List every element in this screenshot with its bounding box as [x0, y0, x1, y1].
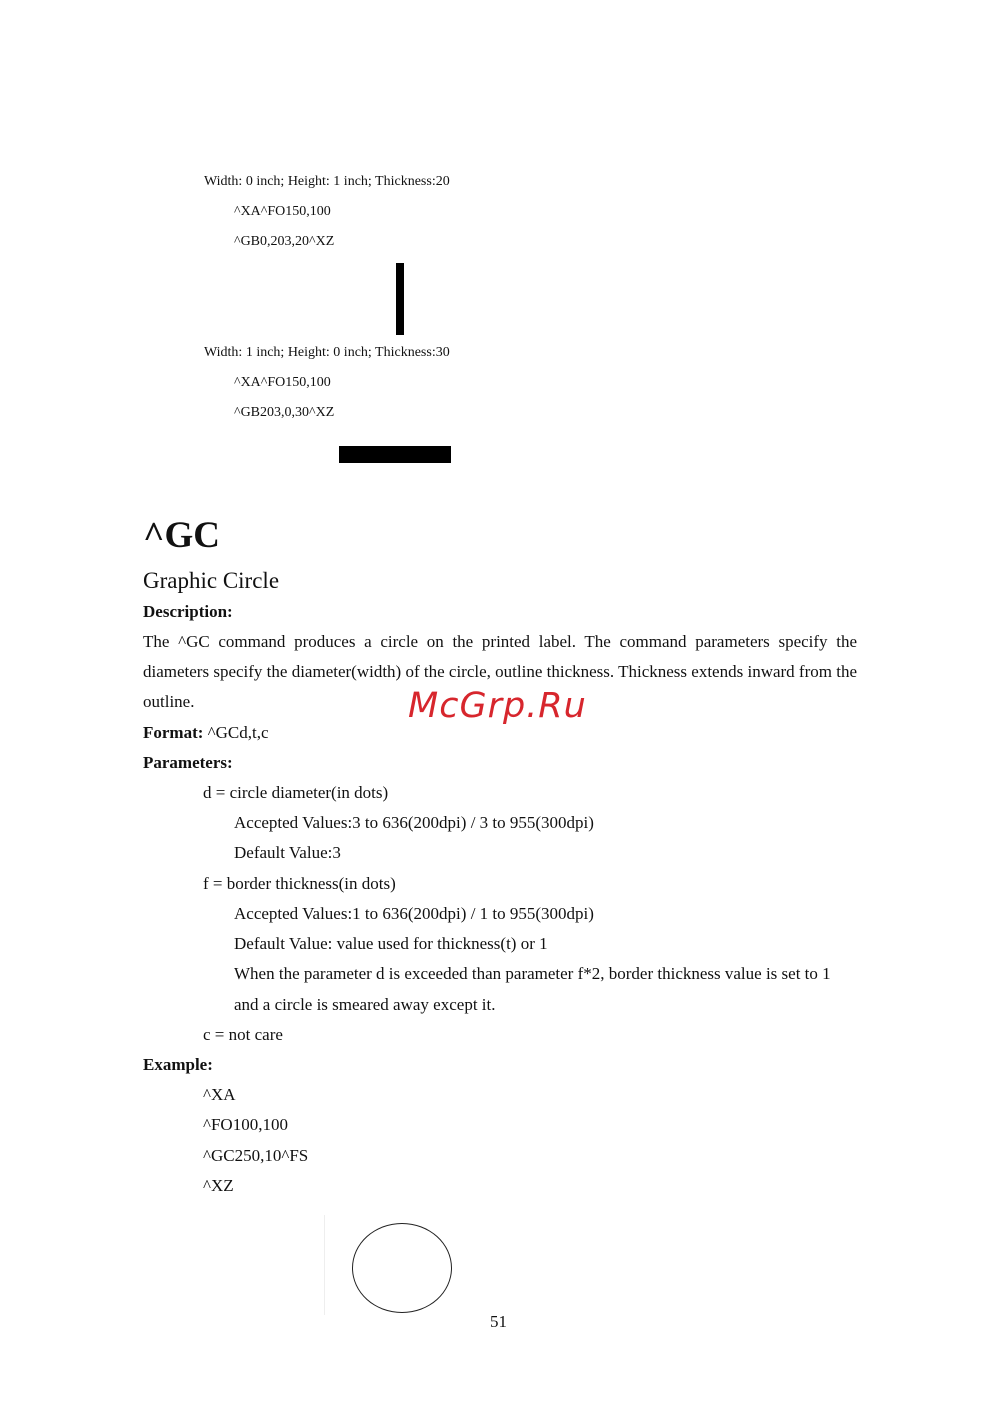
- parameter-detail: When the parameter d is exceeded than pa…: [234, 964, 831, 984]
- format-line: Format: ^GCd,t,c: [143, 723, 269, 743]
- format-label: Format:: [143, 723, 203, 742]
- command-title: Graphic Circle: [143, 568, 279, 594]
- parameter-detail: Accepted Values:3 to 636(200dpi) / 3 to …: [234, 813, 594, 833]
- code-line: ^GB203,0,30^XZ: [234, 405, 334, 421]
- parameter-detail: Accepted Values:1 to 636(200dpi) / 1 to …: [234, 904, 594, 924]
- code-line: ^XZ: [203, 1176, 234, 1196]
- code-line: ^GB0,203,20^XZ: [234, 234, 334, 250]
- page-number: 51: [490, 1312, 507, 1332]
- command-heading: ^GC: [143, 514, 220, 557]
- code-line: ^XA^FO150,100: [234, 204, 331, 220]
- horizontal-line-graphic: [339, 446, 451, 463]
- parameters-label: Parameters:: [143, 753, 233, 773]
- parameter-detail: Default Value: value used for thickness(…: [234, 934, 548, 954]
- watermark: McGrp.Ru: [408, 686, 587, 726]
- parameter-detail: Default Value:3: [234, 843, 341, 863]
- example-caption-vertical-line: Width: 0 inch; Height: 1 inch; Thickness…: [204, 174, 450, 190]
- parameter-name-c: c = not care: [203, 1025, 283, 1045]
- parameter-detail: and a circle is smeared away except it.: [234, 995, 495, 1015]
- image-border: [324, 1215, 325, 1315]
- format-value: ^GCd,t,c: [203, 723, 268, 742]
- parameter-name-d: d = circle diameter(in dots): [203, 783, 388, 803]
- code-line: ^GC250,10^FS: [203, 1146, 308, 1166]
- code-line: ^FO100,100: [203, 1115, 288, 1135]
- example-caption-horizontal-line: Width: 1 inch; Height: 0 inch; Thickness…: [204, 345, 450, 361]
- vertical-line-graphic: [396, 263, 404, 335]
- code-line: ^XA: [203, 1085, 236, 1105]
- example-label: Example:: [143, 1055, 213, 1075]
- parameter-name-f: f = border thickness(in dots): [203, 874, 396, 894]
- description-label: Description:: [143, 602, 233, 622]
- code-line: ^XA^FO150,100: [234, 375, 331, 391]
- circle-graphic: [352, 1223, 452, 1313]
